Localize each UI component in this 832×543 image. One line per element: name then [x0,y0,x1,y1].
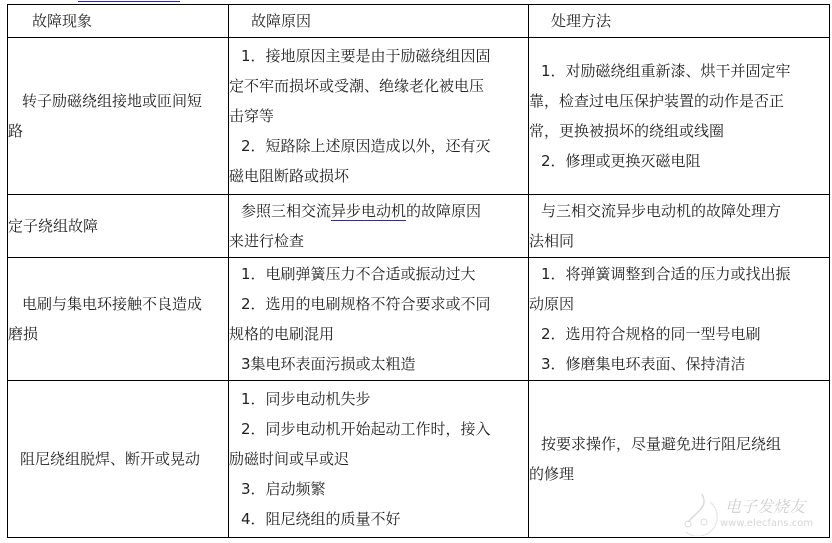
watermark-brand: 电子发烧友 [725,494,805,517]
header-remedy: 处理方法 [529,5,830,38]
table-row: 转子励磁绕组接地或匝间短 路 1．接地原因主要是由于励磁绕组因固 定不牢而损坏或… [8,38,830,195]
symptom-cell: 电刷与集电环接触不良造成 磨损 [8,258,229,381]
table-row: 电刷与集电环接触不良造成 磨损 1．电刷弹簧压力不合适或振动过大 2．选用的电刷… [8,258,830,381]
watermark-url: www.elecfans.com [720,518,813,529]
cause-cell: 1．电刷弹簧压力不合适或振动过大 2．选用的电刷规格不符合要求或不同 规格的电刷… [229,258,529,381]
asynchronous-motor-link[interactable]: 异步电动机 [331,202,406,221]
header-row: 故障现象 故障原因 处理方法 [8,5,830,38]
header-symptom: 故障现象 [8,5,229,38]
fault-table: 故障现象 故障原因 处理方法 转子励磁绕组接地或匝间短 路 1．接地原因主要是由… [7,4,830,538]
cause-cell: 参照三相交流异步电动机的故障原因 来进行检查 [229,195,529,258]
remedy-cell: 1．将弹簧调整到合适的压力或找出振 动原因 2．选用符合规格的同一型号电刷 3．… [529,258,830,381]
elecfans-logo-icon [680,492,720,536]
cause-cell: 1．同步电动机失步 2．同步电动机开始起动工作时，接入 励磁时间或早或迟 3．启… [229,381,529,538]
top-link-underline[interactable] [78,1,180,2]
header-cause: 故障原因 [229,5,529,38]
cause-cell: 1．接地原因主要是由于励磁绕组因固 定不牢而损坏或受潮、绝缘老化被电压 击穿等 … [229,38,529,195]
symptom-cell: 定子绕组故障 [8,195,229,258]
remedy-cell: 与三相交流异步电动机的故障处理方 法相同 [529,195,830,258]
watermark: 电子发烧友 www.elecfans.com [680,490,830,540]
table-row: 定子绕组故障 参照三相交流异步电动机的故障原因 来进行检查 与三相交流异步电动机… [8,195,830,258]
symptom-cell: 转子励磁绕组接地或匝间短 路 [8,38,229,195]
symptom-cell: 阻尼绕组脱焊、断开或晃动 [8,381,229,538]
remedy-cell: 1．对励磁绕组重新漆、烘干并固定牢 靠，检查过电压保护装置的动作是否正 常，更换… [529,38,830,195]
